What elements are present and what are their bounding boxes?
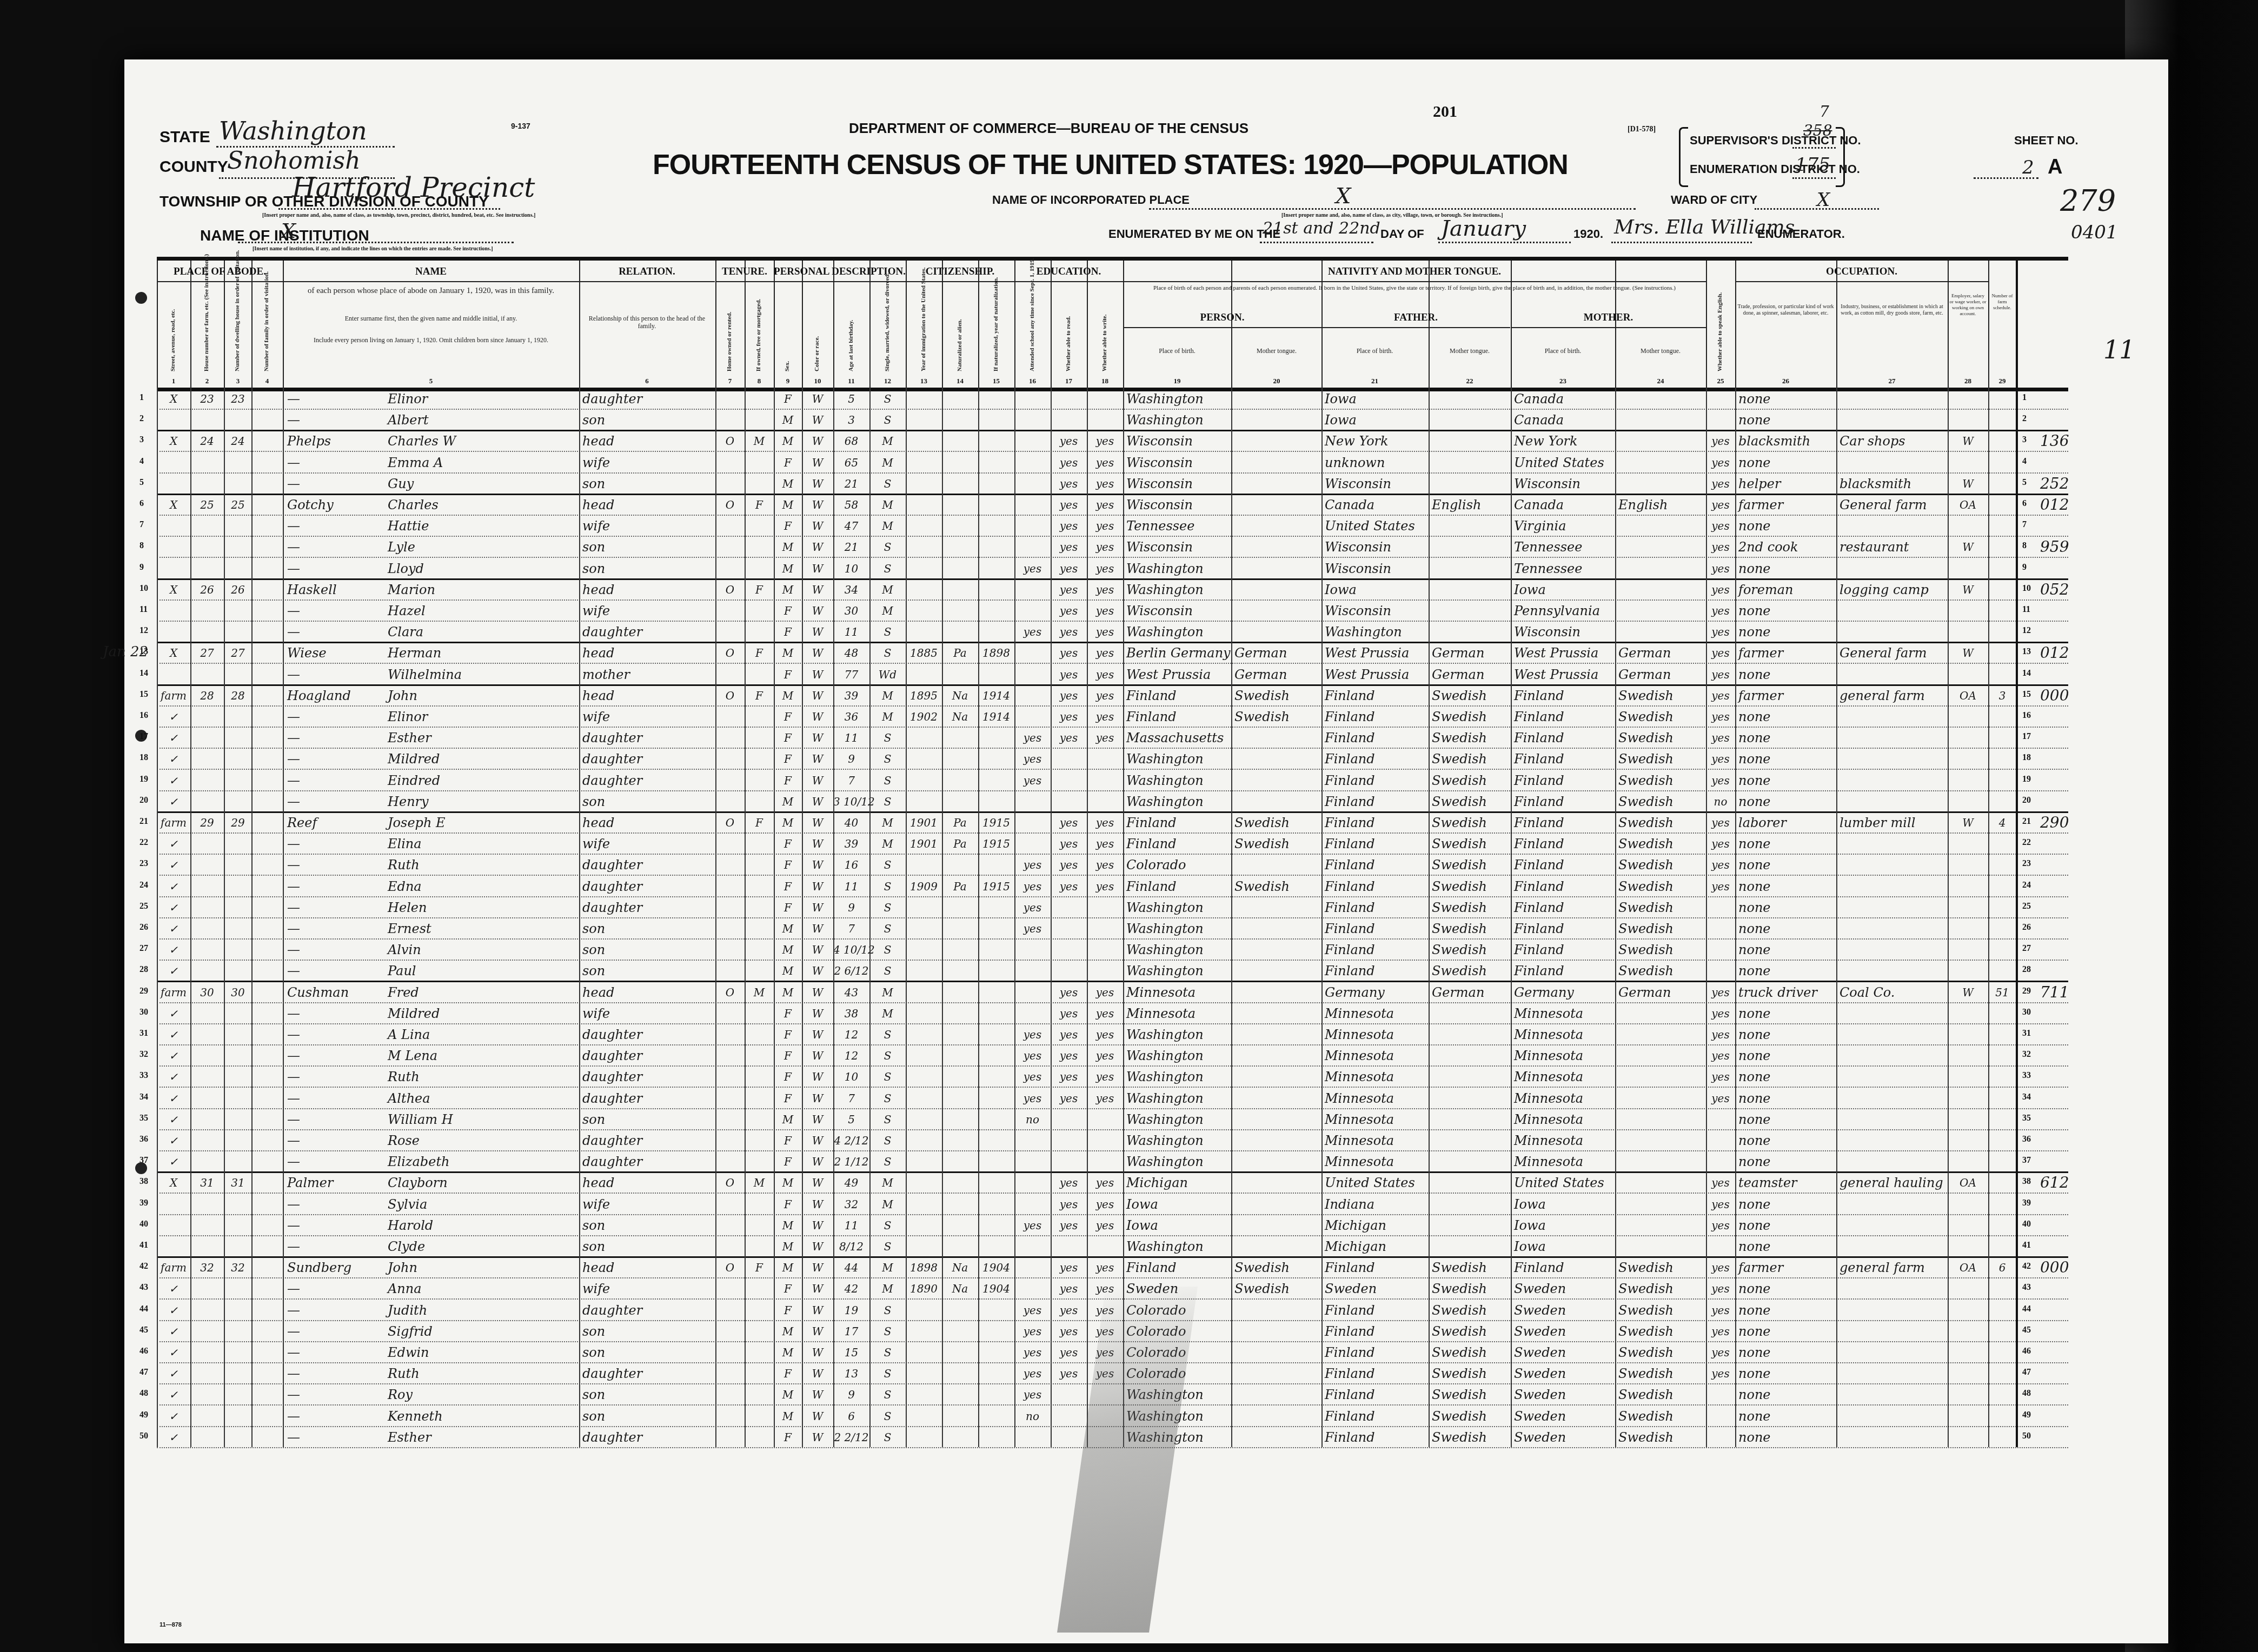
dwelling-cell [224,855,252,874]
line-number-left: 24 [140,881,148,890]
race-cell: W [802,516,833,535]
trade-cell: none [1738,1384,1771,1404]
line-number-left: 2 [140,414,144,424]
race-cell: W [802,1278,833,1298]
given-name: Marion [388,579,435,599]
ftongue-cell: Swedish [1432,685,1487,705]
column-number: 16 [1014,377,1051,385]
surname: — [287,1130,391,1150]
farm-cell [1988,940,2016,959]
sex-cell: F [774,389,802,408]
natyr-cell [978,1067,1014,1086]
line-number: 39 [2022,1198,2031,1208]
line-number-left: 22 [140,838,148,848]
natyr-cell [978,728,1014,747]
house-cell [190,876,224,896]
abode-subcolumn: Number of dwelling house in order of vis… [234,282,241,371]
house-cell [190,1130,224,1150]
english-cell: yes [1706,707,1735,726]
trade-cell: none [1738,918,1771,938]
sex-cell: M [774,1384,802,1404]
english-cell [1706,1236,1735,1256]
surname: — [287,410,391,429]
enumerator-label: ENUMERATOR. [1757,227,1845,241]
english-cell: yes [1706,579,1735,599]
class-cell [1948,855,1988,874]
imm-cell [906,1321,942,1341]
write-cell [1087,961,1123,980]
class-cell: OA [1948,1257,1988,1277]
marital-cell: S [869,474,906,493]
read-cell [1051,1236,1087,1256]
street-cell: farm [157,1257,190,1277]
line-number: 22 [2022,838,2031,848]
tenure-cell [715,940,745,959]
margin-tally: 11 [2103,335,2135,364]
natyr-cell [978,431,1014,450]
pob-cell: Wisconsin [1126,601,1193,620]
dwelling-cell [224,474,252,493]
mort-cell: F [745,643,774,662]
marital-cell: S [869,558,906,578]
surname: Reef [287,812,391,832]
dwelling-cell [224,516,252,535]
race-cell: W [802,1384,833,1404]
fpob-cell: Finland [1325,1300,1375,1320]
tongue-cell: Swedish [1234,812,1290,832]
line-number: 3 [2022,435,2027,445]
natyr-cell [978,1300,1014,1320]
age-cell: 9 [833,1384,869,1404]
class-cell [1948,791,1988,811]
line-number-left: 18 [140,753,148,763]
mort-cell: F [745,579,774,599]
table-row: 2020✓—HenrysonMW3 10/12SWashingtonFinlan… [157,790,2068,813]
english-cell: yes [1706,834,1735,853]
mpob-cell: United States [1514,452,1604,472]
fpob-cell: Finland [1325,1321,1375,1341]
nativity-description: Place of birth of each person and parent… [1125,285,1704,292]
table-row: 33136X2424PhelpsCharles WheadOMMW68Myesy… [157,430,2068,452]
mpob-cell: Finland [1514,940,1564,959]
mpob-cell: West Prussia [1514,664,1598,684]
house-cell [190,1109,224,1129]
dwelling-cell [224,1067,252,1086]
ftongue-cell: Swedish [1432,940,1487,959]
tenure-cell [715,474,745,493]
given-name: Mildred [388,749,440,768]
trade-cell: farmer [1738,643,1783,662]
table-row: 3333✓—RuthdaughterFW10SyesyesyesWashingt… [157,1065,2068,1088]
english-cell: yes [1706,1194,1735,1214]
nat-cell: Na [942,1278,978,1298]
tenure-cell [715,918,745,938]
enumerated-days: 21st and 22nd [1263,219,1380,238]
imm-cell [906,516,942,535]
fpob-cell: United States [1325,1173,1415,1192]
surname: — [287,1045,391,1065]
relation-cell: daughter [582,1363,642,1383]
family-cell [251,1321,283,1341]
tenure-subcolumn: If owned, free or mortgaged. [755,282,762,371]
natyr-cell [978,410,1014,429]
class-cell [1948,1045,1988,1065]
english-cell: yes [1706,1173,1735,1192]
relation-cell: son [582,1342,605,1362]
surname: — [287,474,391,493]
mort-cell [745,1384,774,1404]
ftongue-cell: Swedish [1432,897,1487,917]
house-cell [190,749,224,768]
mort-cell [745,452,774,472]
mort-cell [745,1427,774,1447]
tenure-cell [715,707,745,726]
fpob-cell: Finland [1325,855,1375,874]
house-cell [190,664,224,684]
family-cell [251,1384,283,1404]
race-cell: W [802,918,833,938]
age-cell: 9 [833,897,869,917]
citizenship-subcolumn: Naturalized or alien. [957,282,963,371]
surname: — [287,707,391,726]
surname: — [287,558,391,578]
race-cell: W [802,1321,833,1341]
pob-cell: Finland [1126,685,1177,705]
age-cell: 49 [833,1173,869,1192]
natyr-cell: 1898 [978,643,1014,662]
house-cell [190,897,224,917]
sex-cell: M [774,685,802,705]
relation-cell: wife [582,707,610,726]
line-number-left: 3 [140,435,144,445]
pob-cell: Washington [1126,770,1204,790]
mpob-cell: Finland [1514,918,1564,938]
nat-cell [942,1236,978,1256]
sex-cell: F [774,1067,802,1086]
street-cell: ✓ [157,1278,190,1298]
school-cell [1014,452,1051,472]
fpob-cell: Finland [1325,728,1375,747]
farm-cell [1988,770,2016,790]
mort-cell [745,940,774,959]
write-cell [1087,1151,1123,1171]
column-number: 8 [745,377,774,385]
pob-cell: Finland [1126,1257,1177,1277]
line-number: 4 [2022,457,2027,467]
line-number-left: 40 [140,1220,148,1229]
mpob-cell: Minnesota [1514,1045,1583,1065]
pob-cell: Washington [1126,1151,1204,1171]
house-cell [190,1427,224,1447]
tenure-cell [715,1024,745,1044]
given-name: William H [388,1109,453,1129]
institution-note: [Insert name of institution, if any, and… [253,246,493,252]
farm-cell [1988,749,2016,768]
mpob-cell: Iowa [1514,1236,1546,1256]
trade-cell: truck driver [1738,982,1817,1002]
read-cell [1051,897,1087,917]
nat-cell: Na [942,685,978,705]
ftongue-cell: Swedish [1432,1384,1487,1404]
pob-cell: Wisconsin [1126,431,1193,450]
imm-cell: 1902 [906,707,942,726]
read-cell: yes [1051,685,1087,705]
imm-cell [906,1236,942,1256]
read-cell [1051,918,1087,938]
age-cell: 5 [833,1109,869,1129]
farm-cell [1988,1173,2016,1192]
dwelling-cell [224,728,252,747]
family-cell [251,410,283,429]
family-cell [251,1257,283,1277]
farm-schedule-header: Number of farm schedule. [1990,293,2015,311]
race-cell: W [802,452,833,472]
farm-cell [1988,918,2016,938]
dwelling-cell: 31 [224,1173,252,1192]
tongue-cell: Swedish [1234,876,1290,896]
table-row: 4141—ClydesonMW8/12SWashingtonMichiganIo… [157,1235,2068,1258]
house-cell [190,1151,224,1171]
school-cell: yes [1014,855,1051,874]
read-cell [1051,1130,1087,1150]
mort-cell [745,1088,774,1108]
relation-cell: son [582,1236,605,1256]
read-cell [1051,410,1087,429]
mpob-cell: Pennsylvania [1514,601,1600,620]
farm-cell [1988,791,2016,811]
age-cell: 9 [833,749,869,768]
marital-cell: M [869,1003,906,1023]
natyr-cell [978,579,1014,599]
tenure-cell [715,622,745,641]
surname: — [287,537,391,556]
marital-cell: M [869,707,906,726]
mpob-cell: United States [1514,1173,1604,1192]
street-cell: ✓ [157,1067,190,1086]
mpob-cell: Sweden [1514,1406,1566,1425]
line-number-left: 12 [140,626,148,636]
fpob-cell: Washington [1325,622,1402,641]
table-row: 99—LloydsonMW10SyesyesyesWashingtonWisco… [157,557,2068,580]
street-cell: ✓ [157,1130,190,1150]
personal-subcolumn: Sex. [784,282,791,371]
page-stamp: 201 [1433,103,1457,121]
line-number: 35 [2022,1114,2031,1123]
pob-cell: Washington [1126,1088,1204,1108]
ftongue-cell: Swedish [1432,1406,1487,1425]
tenure-cell [715,1151,745,1171]
ftongue-cell: Swedish [1432,1321,1487,1341]
marital-cell: M [869,685,906,705]
race-cell: W [802,1024,833,1044]
class-cell [1948,1236,1988,1256]
mort-cell [745,516,774,535]
pob-cell: Washington [1126,579,1204,599]
mtongue-cell: Swedish [1618,897,1673,917]
line-number: 33 [2022,1071,2031,1081]
read-cell: yes [1051,558,1087,578]
age-cell: 39 [833,685,869,705]
street-cell: farm [157,982,190,1002]
mpob-cell: Minnesota [1514,1003,1583,1023]
surname: — [287,1278,391,1298]
line-number-left: 23 [140,859,148,869]
farm-cell [1988,474,2016,493]
mtongue-cell: Swedish [1618,918,1673,938]
relation-cell: head [582,685,614,705]
trade-cell: none [1738,1045,1771,1065]
ward-value: X [1817,189,1830,211]
line-number-left: 49 [140,1410,148,1420]
write-cell: yes [1087,1257,1123,1277]
surname: — [287,389,391,408]
school-cell [1014,579,1051,599]
marital-cell: M [869,601,906,620]
marital-cell: S [869,940,906,959]
write-cell [1087,410,1123,429]
line-number: 50 [2022,1431,2031,1441]
dwelling-cell [224,622,252,641]
line-number-left: 28 [140,965,148,975]
race-cell: W [802,1003,833,1023]
natyr-cell [978,1363,1014,1383]
surname: — [287,1342,391,1362]
family-cell [251,516,283,535]
sheet-label: SHEET NO. [2014,134,2078,148]
occupation-trade-header: Trade, profession, or particular kind of… [1737,304,1835,317]
house-cell [190,1236,224,1256]
relation-cell: son [582,558,605,578]
line-number: 49 [2022,1410,2031,1420]
tenure-cell [715,537,745,556]
relation-cell: daughter [582,389,642,408]
family-cell [251,791,283,811]
age-cell: 65 [833,452,869,472]
line-number: 14 [2022,669,2031,678]
surname: — [287,897,391,917]
mpob-cell: New York [1514,431,1578,450]
column-number: 1 [157,377,190,385]
pob-cell: Massachusetts [1126,728,1224,747]
imm-cell [906,1045,942,1065]
dwelling-cell [224,961,252,980]
farm-cell [1988,1109,2016,1129]
state-label: STATE [160,128,210,146]
sex-cell: F [774,749,802,768]
imm-cell [906,452,942,472]
english-cell [1706,961,1735,980]
tongue-cell: German [1234,664,1287,684]
family-cell [251,1130,283,1150]
class-cell [1948,1109,1988,1129]
tenure-cell [715,1278,745,1298]
house-cell [190,410,224,429]
surname: Wiese [287,643,391,662]
ftongue-cell: Swedish [1432,1427,1487,1447]
nativity-subcolumn: Mother tongue. [1233,347,1320,355]
given-name: Lloyd [388,558,424,578]
read-cell: yes [1051,1003,1087,1023]
mtongue-cell: Swedish [1618,961,1673,980]
write-cell: yes [1087,685,1123,705]
mort-cell [745,537,774,556]
english-subcolumn: Whether able to speak English. [1717,282,1723,371]
fpob-cell: Minnesota [1325,1024,1394,1044]
line-number-left: 8 [140,541,144,551]
english-cell [1706,1130,1735,1150]
relation-cell: head [582,579,614,599]
write-cell: yes [1087,1024,1123,1044]
class-cell [1948,1384,1988,1404]
given-name: Ruth [388,855,420,874]
pob-cell: Washington [1126,1130,1204,1150]
family-cell [251,1300,283,1320]
surname: — [287,876,391,896]
class-cell: OA [1948,495,1988,514]
mort-cell [745,1363,774,1383]
trade-cell: none [1738,1342,1771,1362]
ftongue-cell: English [1432,495,1481,514]
sex-cell: M [774,1342,802,1362]
mtongue-cell: Swedish [1618,940,1673,959]
fpob-cell: Iowa [1325,410,1357,429]
occupation-code: 000 [2040,1257,2069,1277]
line-number: 17 [2022,732,2031,742]
class-cell [1948,1088,1988,1108]
mort-cell [745,855,774,874]
trade-cell: none [1738,834,1771,853]
read-cell [1051,1151,1087,1171]
trade-cell: none [1738,1427,1771,1447]
class-cell: W [1948,431,1988,450]
class-cell [1948,1215,1988,1235]
group-relation: RELATION. [579,266,715,278]
street-cell [157,622,190,641]
relation-cell: wife [582,452,610,472]
race-cell: W [802,834,833,853]
natyr-cell [978,474,1014,493]
school-cell [1014,516,1051,535]
school-cell: yes [1014,622,1051,641]
fpob-cell: Finland [1325,897,1375,917]
class-cell [1948,1194,1988,1214]
fpob-cell: Finland [1325,940,1375,959]
line-number: 37 [2022,1156,2031,1165]
surname: — [287,1321,391,1341]
imm-cell [906,1024,942,1044]
street-cell [157,537,190,556]
column-number: 12 [869,377,906,385]
trade-cell: blacksmith [1738,431,1810,450]
township-note: [Insert proper name and, also, name of c… [262,212,535,218]
trade-cell: none [1738,1067,1771,1086]
imm-cell [906,982,942,1002]
farm-cell [1988,516,2016,535]
race-cell: W [802,622,833,641]
age-cell: 39 [833,834,869,853]
natyr-cell: 1904 [978,1257,1014,1277]
trade-cell: none [1738,1130,1771,1150]
english-cell: yes [1706,1321,1735,1341]
pob-cell: Washington [1126,558,1204,578]
line-number: 18 [2022,753,2031,763]
industry-cell: Coal Co. [1839,982,1895,1002]
pob-cell: Washington [1126,1109,1204,1129]
natyr-cell [978,855,1014,874]
street-cell: ✓ [157,940,190,959]
family-cell [251,728,283,747]
class-cell [1948,728,1988,747]
